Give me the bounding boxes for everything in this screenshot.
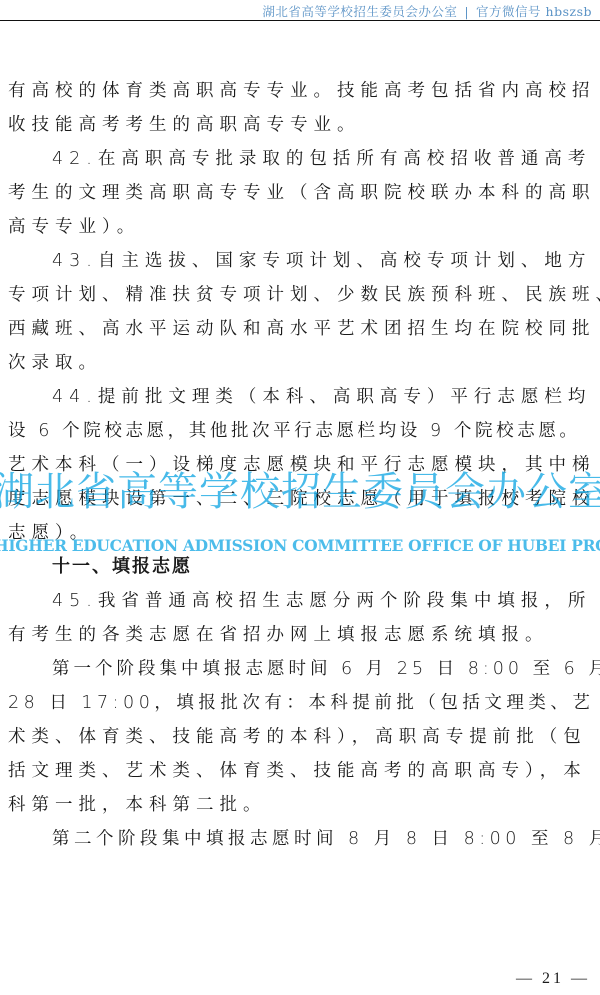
text-line: 28 日 17:00，填报批次有：本科提前批（包括文理类、艺 <box>8 686 592 720</box>
text-line: 括文理类、艺术类、体育类、技能高考的高职高专），本 <box>8 754 592 788</box>
text-line: 科第一批，本科第二批。 <box>8 788 592 822</box>
text-line: 收技能高考考生的高职高专专业。 <box>8 108 592 142</box>
text-line: 西藏班、高水平运动队和高水平艺术团招生均在院校同批 <box>8 312 592 346</box>
text-line: 第一个阶段集中填报志愿时间 6 月 25 日 8:00 至 6 月 <box>8 652 592 686</box>
text-line: 志愿）。 <box>8 516 592 550</box>
page-number: — 21 — <box>516 970 590 988</box>
text-line: 设 6 个院校志愿，其他批次平行志愿栏均设 9 个院校志愿。 <box>8 414 592 448</box>
text-line: 考生的文理类高职高专专业（含高职院校联办本科的高职 <box>8 176 592 210</box>
header-text: 湖北省高等学校招生委员会办公室|官方微信号 hbszsb <box>262 2 592 20</box>
paragraph-45-start: 45.我省普通高校招生志愿分两个阶段集中填报，所 <box>8 584 592 618</box>
paragraph-44-start: 44.提前批文理类（本科、高职高专）平行志愿栏均 <box>8 380 592 414</box>
text-line: 第二个阶段集中填报志愿时间 8 月 8 日 8:00 至 8 月 <box>8 822 592 856</box>
text-line: 次录取。 <box>8 346 592 380</box>
text-line: 专项计划、精准扶贫专项计划、少数民族预科班、民族班、 <box>8 278 592 312</box>
text-line: 术类、体育类、技能高考的本科），高职高专提前批（包 <box>8 720 592 754</box>
section-heading: 十一、填报志愿 <box>8 550 592 584</box>
header-org: 湖北省高等学校招生委员会办公室 <box>262 4 457 19</box>
text-line: 高专专业）。 <box>8 210 592 244</box>
text-line: 有高校的体育类高职高专专业。技能高考包括省内高校招 <box>8 74 592 108</box>
text-line: 有考生的各类志愿在省招办网上填报志愿系统填报。 <box>8 618 592 652</box>
header-wechat: 官方微信号 hbszsb <box>476 4 592 19</box>
text-line: 度志愿模块设第一、二、三院校志愿（用于填报校考院校 <box>8 482 592 516</box>
paragraph-43-start: 43.自主选拔、国家专项计划、高校专项计划、地方 <box>8 244 592 278</box>
header-separator: | <box>464 4 469 19</box>
paragraph-42-start: 42.在高职高专批录取的包括所有高校招收普通高考 <box>8 142 592 176</box>
text-line: 艺术本科（一）设梯度志愿模块和平行志愿模块，其中梯 <box>8 448 592 482</box>
document-body: 有高校的体育类高职高专专业。技能高考包括省内高校招 收技能高考考生的高职高专专业… <box>8 74 592 856</box>
page-header: 湖北省高等学校招生委员会办公室|官方微信号 hbszsb <box>0 0 600 21</box>
